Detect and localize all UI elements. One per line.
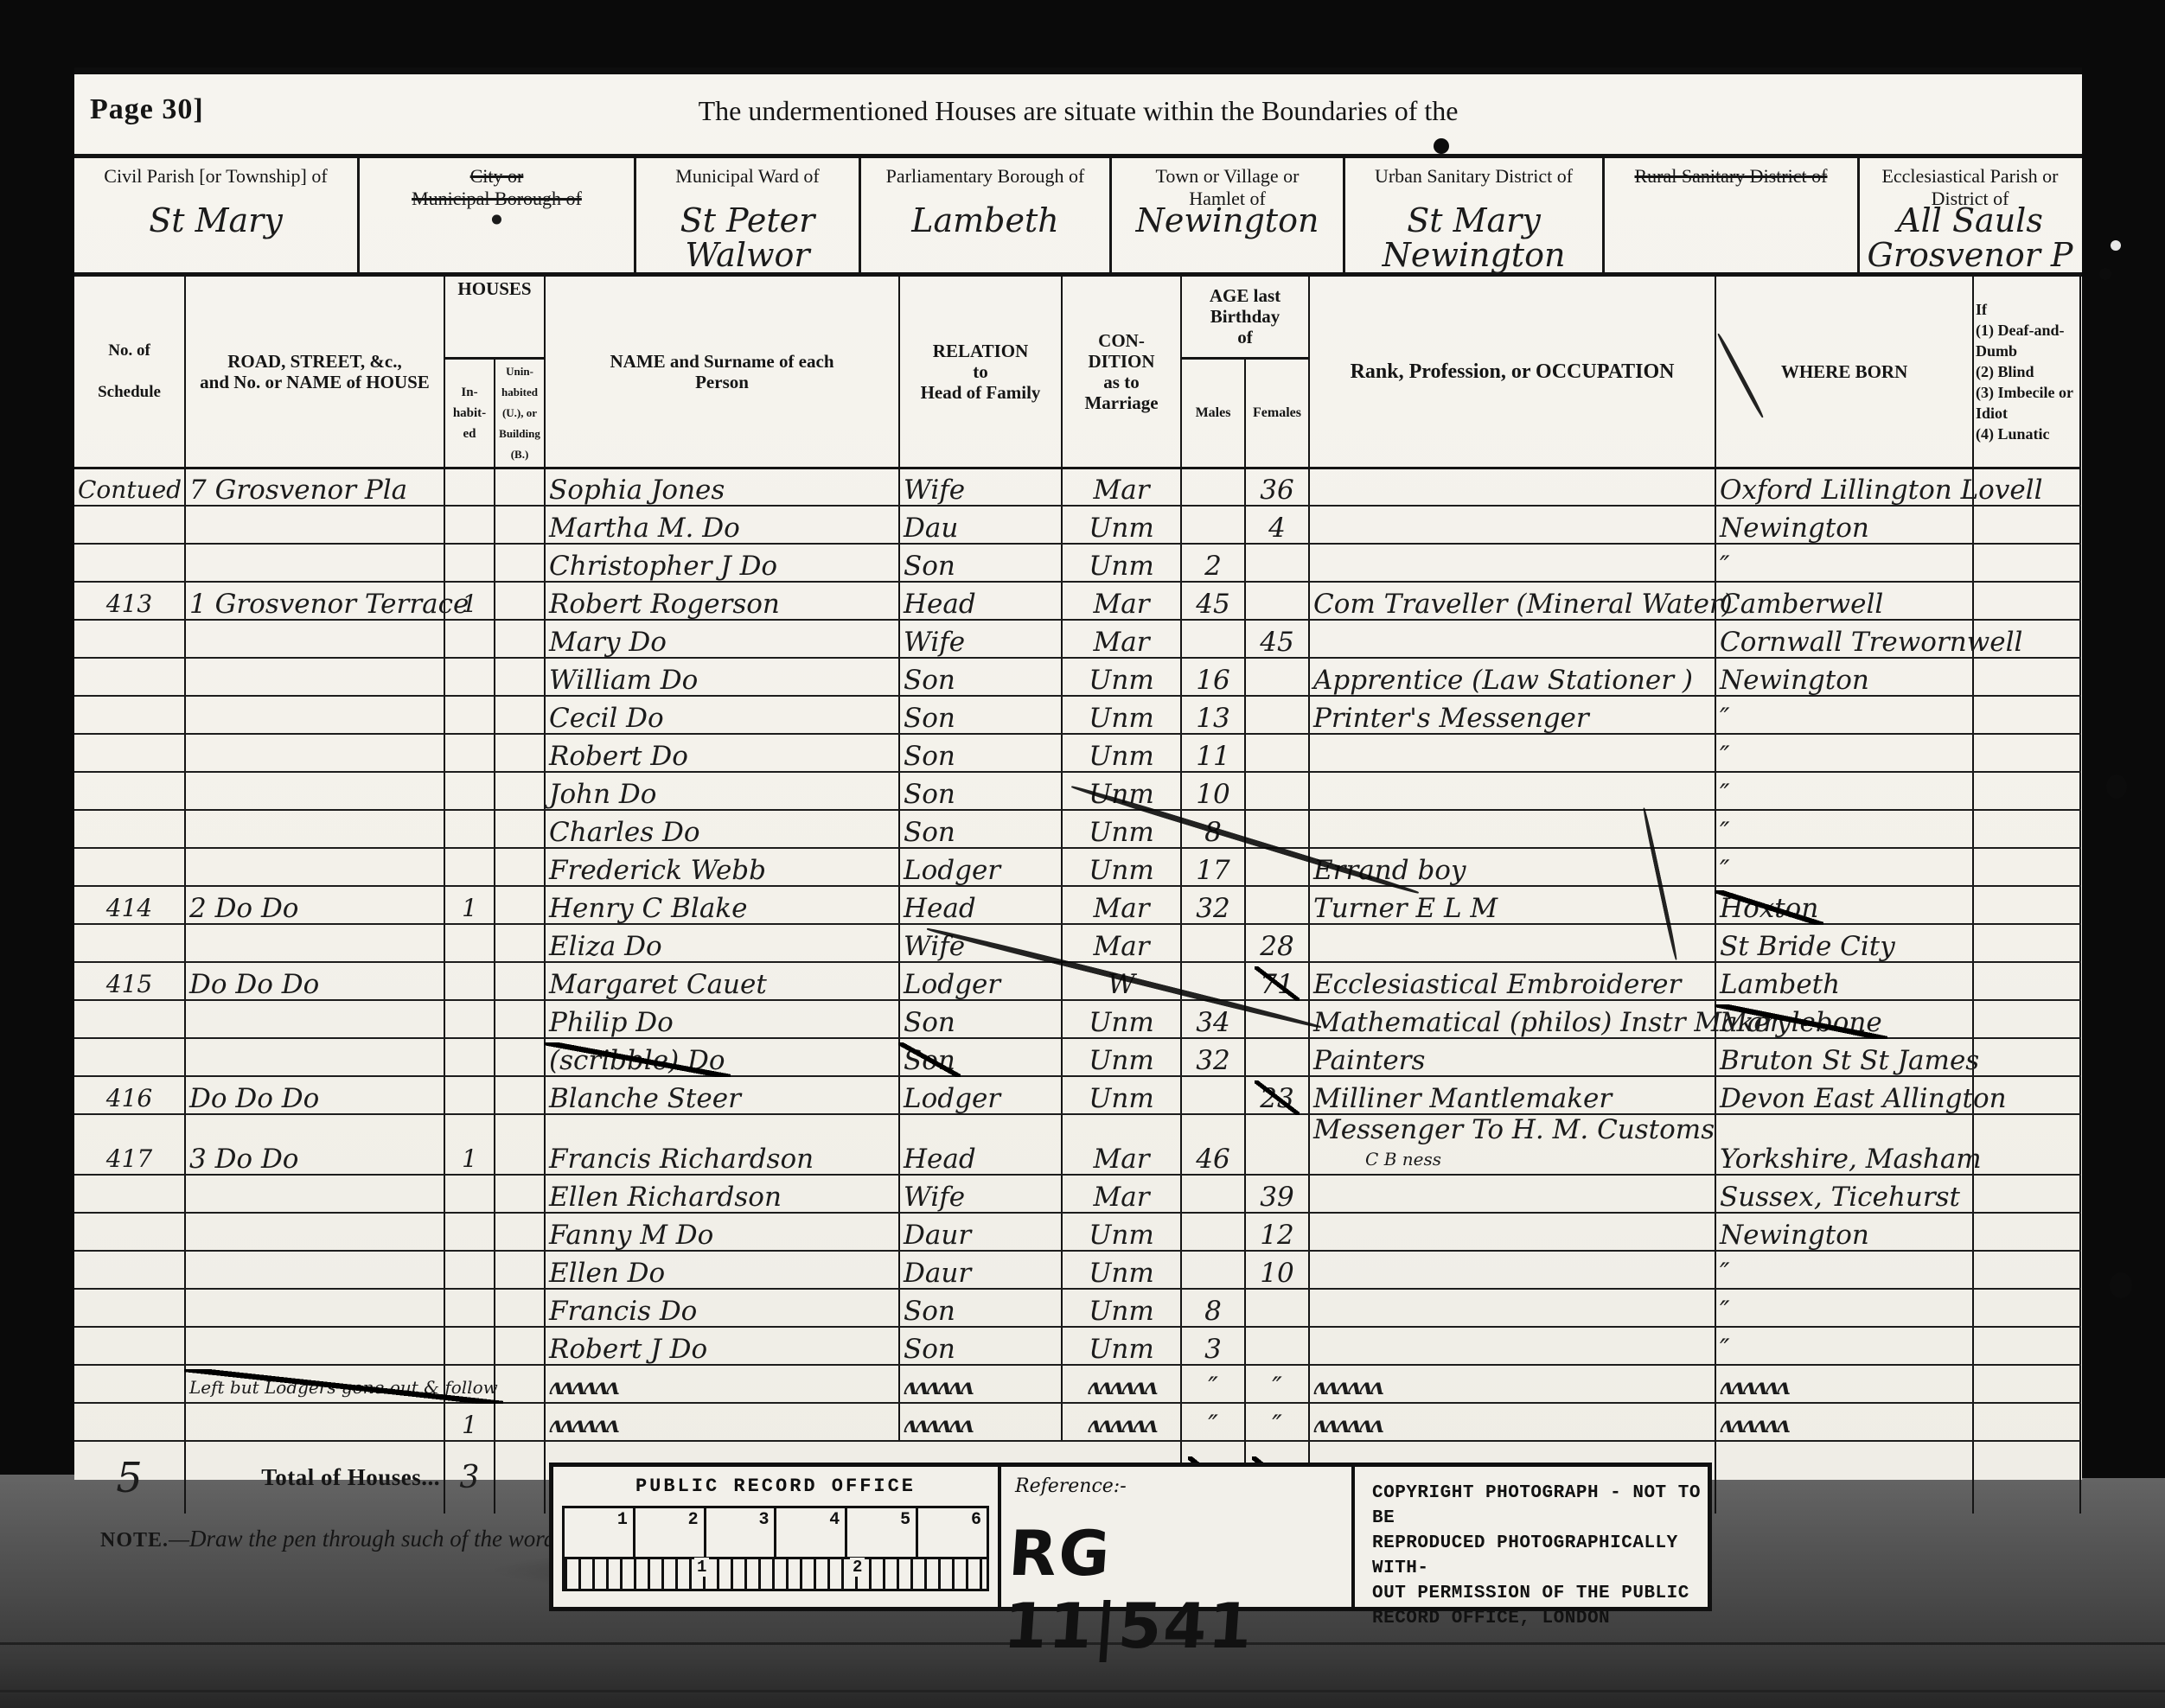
ink-dot bbox=[2099, 268, 2111, 280]
header-relation: RELATION to Head of Family bbox=[899, 277, 1062, 468]
table-row: Christopher J DoSonUnm2″ bbox=[74, 544, 2080, 582]
census-page: Page 30] The undermentioned Houses are s… bbox=[74, 67, 2082, 1480]
column-headers: No. of Schedule ROAD, STREET, &c., and N… bbox=[74, 277, 2080, 468]
header-road: ROAD, STREET, &c., and No. or NAME of HO… bbox=[185, 277, 444, 468]
table-row: John DoSonUnm10″ bbox=[74, 772, 2080, 810]
ruler-segment: 2 bbox=[635, 1508, 706, 1557]
copyright-box: COPYRIGHT PHOTOGRAPH - NOT TO BEREPRODUC… bbox=[1351, 1467, 1708, 1607]
ruler-lower-1: 1 bbox=[694, 1558, 709, 1577]
film-scratch bbox=[0, 1690, 2165, 1692]
table-row: 416Do Do DoBlanche SteerLodgerUnm23Milli… bbox=[74, 1076, 2080, 1114]
pro-title: PUBLIC RECORD OFFICE bbox=[562, 1475, 989, 1497]
pro-stamp: PUBLIC RECORD OFFICE 123456 1 2 Referenc… bbox=[549, 1463, 1712, 1611]
table-row: 4131 Grosvenor Terrace1Robert RogersonHe… bbox=[74, 582, 2080, 620]
district-cell-borough: City or Municipal Borough of • bbox=[360, 158, 636, 272]
table-row: Philip DoSonUnm34Mathematical (philos) I… bbox=[74, 1000, 2080, 1038]
header-houses-group: HOUSES bbox=[444, 277, 545, 358]
ink-dot bbox=[1434, 138, 1449, 154]
header-where-born: WHERE BORN bbox=[1715, 277, 1973, 468]
totals-schedule-mark: 5 bbox=[116, 1454, 143, 1502]
table-row: Eliza DoWifeMar28St Bride City bbox=[74, 924, 2080, 962]
table-row: 4142 Do Do1Henry C BlakeHeadMar32Turner … bbox=[74, 886, 2080, 924]
copyright-line: OUT PERMISSION OF THE PUBLIC bbox=[1372, 1581, 1708, 1606]
ruler-ticks: 1 2 bbox=[562, 1559, 989, 1591]
table-row: Charles DoSonUnm8″ bbox=[74, 810, 2080, 848]
district-cell-urban-sanitary: Urban Sanitary District of St Mary Newin… bbox=[1345, 158, 1605, 272]
total-houses-value: 3 bbox=[460, 1460, 480, 1495]
ink-dot bbox=[2110, 1272, 2132, 1298]
table-row: William DoSonUnm16Apprentice (Law Statio… bbox=[74, 658, 2080, 696]
copyright-line: REPRODUCED PHOTOGRAPHICALLY WITH- bbox=[1372, 1531, 1708, 1581]
pen-scribble: ʌʌʌʌʌʌ bbox=[1313, 1373, 1382, 1402]
header-age-group: AGE last Birthday of bbox=[1181, 277, 1309, 358]
table-row: Francis DoSonUnm8″ bbox=[74, 1289, 2080, 1327]
table-row: Martha M. DoDauUnm4Newington bbox=[74, 506, 2080, 544]
district-cell-civil-parish: Civil Parish [or Township] of St Mary bbox=[74, 158, 360, 272]
ruler-numbers: 123456 bbox=[562, 1506, 989, 1559]
pen-scribble: ʌʌʌʌʌʌ bbox=[549, 1411, 617, 1440]
pen-scribble: ʌʌʌʌʌʌ bbox=[549, 1373, 617, 1402]
district-cell-municipal-ward: Municipal Ward of St Peter Walwor bbox=[636, 158, 861, 272]
copyright-line: RECORD OFFICE, LONDON bbox=[1372, 1606, 1708, 1631]
film-border-top bbox=[0, 0, 2165, 67]
ruler-lower-2: 2 bbox=[850, 1558, 865, 1577]
table-row: Robert J DoSonUnm3″ bbox=[74, 1327, 2080, 1365]
header-inhabited: In- habit- ed bbox=[444, 358, 495, 468]
film-border-right bbox=[2082, 0, 2165, 1478]
film-speck bbox=[2111, 240, 2121, 251]
ruler-segment: 1 bbox=[565, 1508, 635, 1557]
table-row: 4173 Do Do1Francis RichardsonHeadMar46Me… bbox=[74, 1114, 2080, 1175]
reference-box: Reference:- RG 11|541 bbox=[1001, 1467, 1351, 1607]
census-photograph: Page 30] The undermentioned Houses are s… bbox=[0, 0, 2165, 1708]
header-females: Females bbox=[1245, 358, 1309, 468]
pen-scribble: ʌʌʌʌʌʌ bbox=[1088, 1373, 1156, 1402]
table-row: Frederick WebbLodgerUnm17Errand boy″ bbox=[74, 848, 2080, 886]
district-cell-town-village: Town or Village or Hamlet of Newington bbox=[1112, 158, 1345, 272]
pen-scribble: ʌʌʌʌʌʌ bbox=[1088, 1411, 1156, 1440]
film-border-left bbox=[0, 0, 74, 1475]
header-uninhabited: Unin- habited (U.), or Building (B.) bbox=[495, 358, 545, 468]
ruler-segment: 3 bbox=[706, 1508, 777, 1557]
ruler-segment: 6 bbox=[918, 1508, 987, 1557]
district-cell-ecclesiastical: Ecclesiastical Parish or District of All… bbox=[1860, 158, 2080, 272]
ruler-segment: 5 bbox=[847, 1508, 918, 1557]
header-name: NAME and Surname of each Person bbox=[545, 277, 899, 468]
census-table: No. of Schedule ROAD, STREET, &c., and N… bbox=[74, 277, 2081, 1514]
pen-scribble: ʌʌʌʌʌʌ bbox=[904, 1373, 972, 1402]
census-rows: Contued7 Grosvenor PlaSophia JonesWifeMa… bbox=[74, 468, 2080, 1441]
header-infirmities: If (1) Deaf-and-Dumb (2) Blind (3) Imbec… bbox=[1973, 277, 2080, 468]
table-row: Cecil DoSonUnm13Printer's Messenger″ bbox=[74, 696, 2080, 734]
table-row: Ellen RichardsonWifeMar39Sussex, Ticehur… bbox=[74, 1175, 2080, 1213]
header-schedule: No. of Schedule bbox=[74, 277, 185, 468]
table-row: 1ʌʌʌʌʌʌʌʌʌʌʌʌʌʌʌʌʌʌ″″ʌʌʌʌʌʌʌʌʌʌʌʌ bbox=[74, 1403, 2080, 1441]
pen-scribble: ʌʌʌʌʌʌ bbox=[1313, 1411, 1382, 1440]
total-of-houses-label: Total of Houses... bbox=[261, 1464, 440, 1490]
reference-label: Reference:- bbox=[1015, 1475, 1351, 1497]
header-occupation: Rank, Profession, or OCCUPATION bbox=[1309, 277, 1715, 468]
pen-scribble: ʌʌʌʌʌʌ bbox=[904, 1411, 972, 1440]
table-row: (scribble) DoSonUnm32PaintersBruton St S… bbox=[74, 1038, 2080, 1076]
table-row: Contued7 Grosvenor PlaSophia JonesWifeMa… bbox=[74, 468, 2080, 506]
pen-scribble: ʌʌʌʌʌʌ bbox=[1720, 1373, 1788, 1402]
district-cell-parliamentary-borough: Parliamentary Borough of Lambeth bbox=[861, 158, 1112, 272]
page-title: The undermentioned Houses are situate wi… bbox=[74, 95, 2082, 127]
ink-dot bbox=[2106, 774, 2127, 799]
table-row: Robert DoSonUnm11″ bbox=[74, 734, 2080, 772]
copyright-line: COPYRIGHT PHOTOGRAPH - NOT TO BE bbox=[1372, 1481, 1708, 1531]
table-row: Left but Lodgers gone out & followʌʌʌʌʌʌ… bbox=[74, 1365, 2080, 1403]
header-males: Males bbox=[1181, 358, 1245, 468]
table-row: Fanny M DoDaurUnm12Newington bbox=[74, 1213, 2080, 1251]
page-header: Page 30] The undermentioned Houses are s… bbox=[74, 74, 2082, 158]
district-cell-rural-sanitary: Rural Sanitary District of bbox=[1605, 158, 1860, 272]
ruler-segment: 4 bbox=[776, 1508, 847, 1557]
district-header: Civil Parish [or Township] of St Mary Ci… bbox=[74, 158, 2082, 277]
reference-value: RG 11|541 bbox=[1001, 1517, 1357, 1662]
table-row: Mary DoWifeMar45Cornwall Trewornwell bbox=[74, 620, 2080, 658]
pen-scribble: ʌʌʌʌʌʌ bbox=[1720, 1411, 1788, 1440]
table-row: Ellen DoDaurUnm10″ bbox=[74, 1251, 2080, 1289]
header-condition: CON- DITION as to Marriage bbox=[1062, 277, 1181, 468]
pro-ruler-box: PUBLIC RECORD OFFICE 123456 1 2 bbox=[553, 1467, 1001, 1607]
